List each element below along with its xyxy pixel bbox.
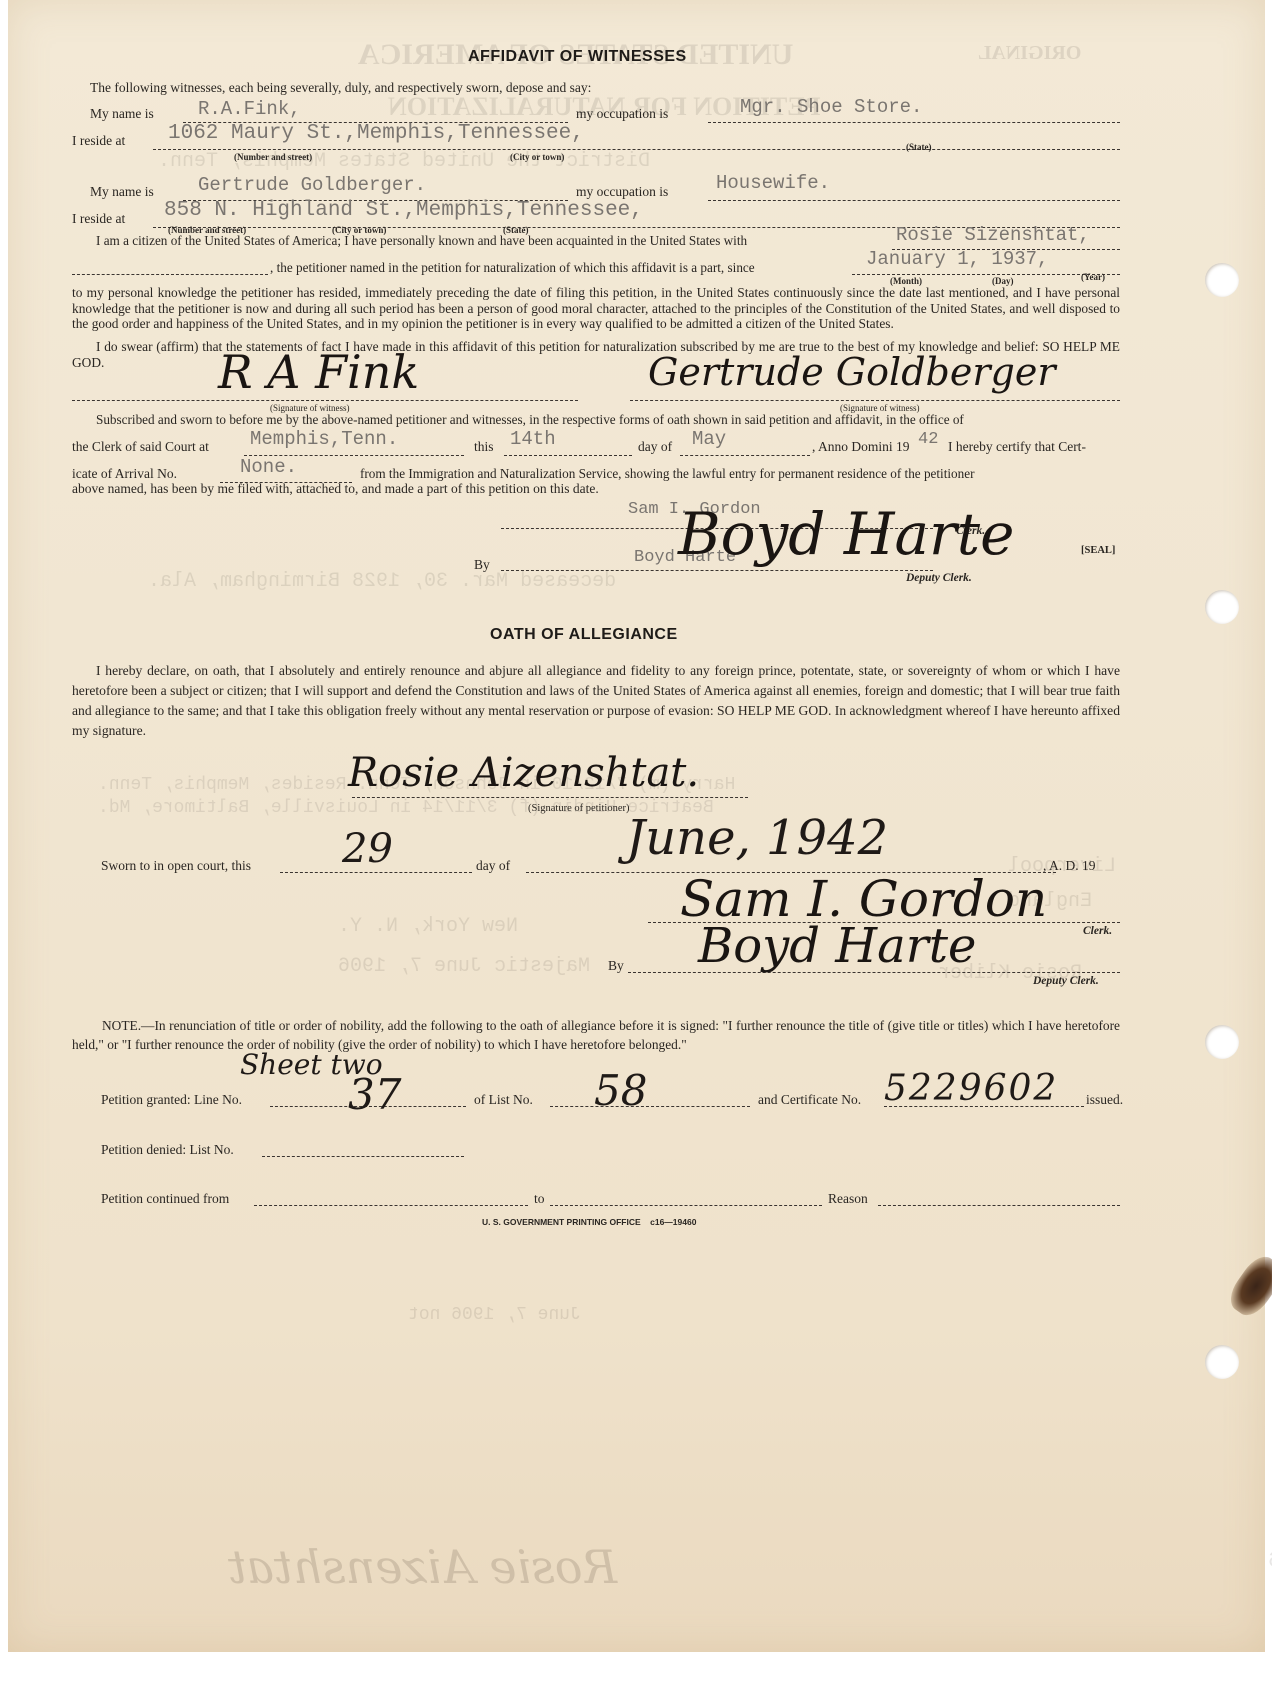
- deputy-clerk-label: Deputy Clerk.: [906, 572, 972, 584]
- certificate-no-field[interactable]: 5229602: [884, 1068, 1058, 1109]
- bleed-through-line: District the United States Memphis, Tenn…: [158, 150, 650, 173]
- petitioner-signature: Rosie Aizenshtat.: [348, 750, 699, 796]
- reason-label: Reason: [828, 1191, 868, 1207]
- affidavit-title: AFFIDAVIT OF WITNESSES: [468, 48, 687, 66]
- oath-deputy-label: Deputy Clerk.: [1033, 975, 1099, 987]
- witness1-signature-line: [72, 400, 578, 401]
- deputy-clerk-line: [501, 570, 933, 571]
- document-page: UNITED STATES OF AMERICA ORIGINAL PETITI…: [8, 0, 1265, 1652]
- bleed-through-line: New York, N. Y.: [338, 915, 518, 938]
- month-line: [680, 455, 810, 456]
- denied-list-line: [262, 1156, 464, 1157]
- citizen-statement: I am a citizen of the United States of A…: [96, 233, 747, 249]
- this-label: this: [474, 439, 494, 455]
- sworn-month-year-field[interactable]: June, 1942: [626, 810, 888, 866]
- binder-hole-upper-middle: [1205, 590, 1239, 624]
- certify-text: I hereby certify that Cert-: [948, 439, 1086, 455]
- anno-domini-label: , Anno Domini 19: [812, 439, 910, 455]
- witness2-signature: Gertrude Goldberger: [648, 350, 1055, 394]
- oath-clerk-label: Clerk.: [1083, 925, 1112, 937]
- oath-text: I hereby declare, on oath, that I absolu…: [72, 661, 1120, 741]
- sworn-day-field[interactable]: 29: [342, 826, 393, 872]
- list-no-line: [550, 1106, 750, 1107]
- witness1-occupation-line: [708, 122, 1120, 123]
- day-of-label: day of: [638, 439, 672, 455]
- witness2-occupation-line: [708, 200, 1120, 201]
- since-date-field[interactable]: January 1, 1937,: [866, 248, 1048, 270]
- denied-label: Petition denied: List No.: [101, 1142, 234, 1158]
- list-label: of List No.: [474, 1092, 533, 1108]
- witness1-occupation-field[interactable]: Mgr. Shoe Store.: [740, 96, 922, 118]
- ad-label: , A. D. 19: [1043, 858, 1096, 874]
- day-line: [504, 455, 632, 456]
- reason-line: [878, 1205, 1120, 1206]
- month-field[interactable]: May: [692, 428, 726, 450]
- oath-by-label: By: [608, 958, 624, 974]
- issued-label: issued.: [1086, 1092, 1123, 1108]
- deputy-clerk-signature: Boyd Harte: [678, 500, 1014, 568]
- caption-signature-petitioner: (Signature of petitioner): [528, 803, 629, 814]
- witness2-residence-label: I reside at: [72, 211, 125, 227]
- witness1-address-field[interactable]: 1062 Maury St.,Memphis,Tennessee,: [168, 122, 584, 145]
- bleed-through-line: June 7, 1906 not: [408, 1305, 581, 1325]
- binder-hole-bottom: [1205, 1345, 1239, 1379]
- witness1-name-field[interactable]: R.A.Fink,: [198, 98, 301, 120]
- binder-hole-top: [1205, 263, 1239, 297]
- arrival-label: icate of Arrival No.: [72, 466, 177, 482]
- caption-city-town: (City or town): [510, 152, 564, 162]
- witness2-name-label: My name is: [90, 184, 154, 200]
- witness2-occupation-label: my occupation is: [576, 184, 668, 200]
- continued-from-line: [254, 1205, 528, 1206]
- bleed-through-original: ORIGINAL: [978, 42, 1081, 65]
- arrival-text: from the Immigration and Naturalization …: [360, 466, 974, 482]
- by-label: By: [474, 557, 490, 573]
- knowledge-paragraph: to my personal knowledge the petitioner …: [72, 285, 1120, 332]
- bleed-through-signature: Rosie Aizenshtat: [228, 1540, 617, 1594]
- petitioner-signature-line: [352, 797, 748, 798]
- bleed-through-line: Majestic June 7, 1906: [338, 955, 590, 978]
- clerk-court-label: the Clerk of said Court at: [72, 439, 209, 455]
- petitioner-name-field[interactable]: Rosie Sizenshtat,: [896, 224, 1090, 246]
- since-date-line: [852, 274, 1120, 275]
- petitioner-named-text: , the petitioner named in the petition f…: [270, 260, 755, 276]
- witness1-residence-line: [153, 149, 1120, 150]
- witness1-occupation-label: my occupation is: [576, 106, 668, 122]
- caption-state: (State): [906, 142, 932, 152]
- list-no-field[interactable]: 58: [594, 1066, 647, 1115]
- witness1-residence-label: I reside at: [72, 133, 125, 149]
- court-location-field[interactable]: Memphis,Tenn.: [250, 428, 398, 450]
- witness2-occupation-field[interactable]: Housewife.: [716, 172, 830, 194]
- seal-label: [SEAL]: [1081, 545, 1115, 556]
- witness2-name-field[interactable]: Gertrude Goldberger.: [198, 174, 426, 196]
- granted-label: Petition granted: Line No.: [101, 1092, 242, 1108]
- sworn-label: Sworn to in open court, this: [101, 858, 251, 874]
- blank-line: [72, 274, 268, 275]
- binder-hole-lower-middle: [1205, 1025, 1239, 1059]
- certificate-label: and Certificate No.: [758, 1092, 861, 1108]
- caption-number-street: (Number and street): [234, 152, 312, 162]
- continued-label: Petition continued from: [101, 1191, 229, 1207]
- witness1-name-label: My name is: [90, 106, 154, 122]
- burn-stain: [1223, 1250, 1272, 1321]
- subscribed-text: Subscribed and sworn to before me by the…: [96, 412, 964, 428]
- filed-text: above named, has been by me filed with, …: [72, 481, 599, 497]
- continued-to-line: [550, 1205, 822, 1206]
- day-field[interactable]: 14th: [510, 428, 556, 450]
- year-suffix-field[interactable]: 42: [918, 430, 938, 449]
- sworn-day-line: [280, 872, 472, 873]
- printing-office-footer: U. S. GOVERNMENT PRINTING OFFICE c16—194…: [482, 1217, 696, 1227]
- bleed-through-line: deceased Mar. 30, 1928 Birmingham, Ala.: [148, 570, 616, 593]
- oath-deputy-signature: Boyd Harte: [698, 918, 976, 974]
- line-no-field[interactable]: 37: [348, 1070, 401, 1119]
- nobility-note: NOTE.—In renunciation of title or order …: [72, 1016, 1120, 1054]
- witness2-address-field[interactable]: 858 N. Highland St.,Memphis,Tennessee,: [164, 199, 643, 222]
- sworn-day-of-label: day of: [476, 858, 510, 874]
- caption-year: (Year): [1081, 272, 1105, 282]
- affidavit-intro: The following witnesses, each being seve…: [90, 80, 591, 96]
- to-label: to: [534, 1191, 545, 1207]
- bleed-through-form-number: 9X 7591: [1268, 1545, 1272, 1570]
- oath-title: OATH OF ALLEGIANCE: [490, 626, 678, 644]
- arrival-number-field[interactable]: None.: [240, 456, 297, 478]
- witness2-signature-line: [630, 400, 1120, 401]
- witness1-signature: R A Fink: [218, 345, 419, 399]
